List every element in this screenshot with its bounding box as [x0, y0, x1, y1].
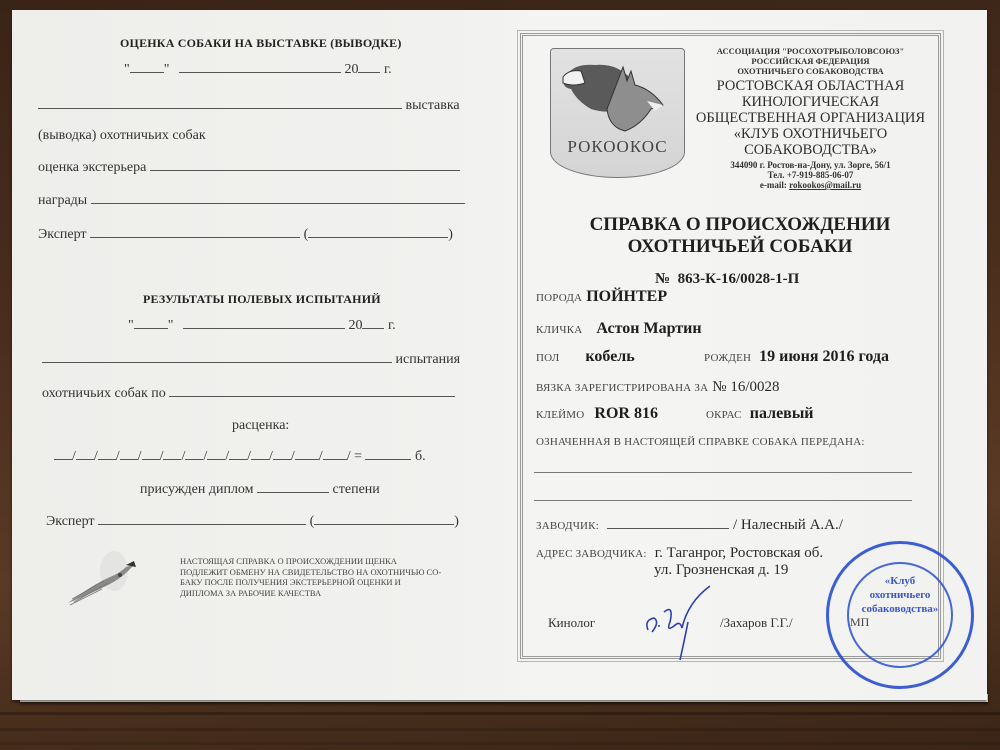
breeder-row: ЗАВОДЧИК: / Налесный А.А./ — [536, 516, 843, 534]
org-phone: Тел. +7-919-885-06-07 — [688, 170, 933, 180]
name-label: КЛИЧКА — [536, 324, 582, 336]
notice-line: БАКУ ПОСЛЕ ПОЛУЧЕНИЯ ЭКСТЕРЬЕРНОЙ ОЦЕНКИ… — [180, 577, 441, 588]
score-cell[interactable] — [54, 459, 72, 460]
score-cell[interactable] — [251, 459, 269, 460]
sex-value: кобель — [585, 348, 634, 365]
org-name-line: СОБАКОВОДСТВА» — [688, 142, 933, 158]
score-separator: / — [291, 449, 295, 464]
month-field[interactable] — [183, 328, 345, 329]
brand-value: ROR 816 — [594, 405, 658, 422]
stamp-line: «Клуб — [829, 574, 971, 588]
breeder-address-label: АДРЕС ЗАВОДЧИКА: — [536, 548, 647, 560]
score-separator: / — [138, 449, 142, 464]
mating-row: ВЯЗКА ЗАРЕГИСТРИРОВАНА ЗА № 16/0028 — [536, 378, 780, 396]
cynologist-label: Кинолог — [548, 615, 595, 631]
month-field[interactable] — [179, 72, 341, 73]
total-score-field[interactable] — [365, 459, 411, 460]
wood-texture — [0, 742, 1000, 745]
certificate-title: СПРАВКА О ПРОИСХОЖДЕНИИ ОХОТНИЧЬЕЙ СОБАК… — [560, 214, 920, 258]
breeder-label: ЗАВОДЧИК: — [536, 520, 599, 532]
score-separator: / — [72, 449, 76, 464]
dogs-logo-icon — [551, 49, 684, 149]
year-field[interactable] — [362, 328, 384, 329]
year-suffix: г. — [384, 62, 392, 77]
trial-dogs-line: охотничьих собак по — [42, 386, 455, 402]
org-email-line: e-mail: rokookos@mail.ru — [688, 180, 933, 190]
notice-line: ПОДЛЕЖИТ ОБМЕНУ НА СВИДЕТЕЛЬСТВО НА ОХОТ… — [180, 567, 441, 578]
year-prefix: 20 — [348, 318, 362, 333]
year-suffix: г. — [388, 318, 396, 333]
score-cell[interactable] — [142, 459, 160, 460]
exterior-field[interactable] — [150, 170, 460, 171]
score-separator: / — [347, 449, 351, 464]
color-row: ОКРАС палевый — [706, 405, 814, 423]
rating-label: расценка: — [232, 418, 289, 434]
show-section-title: ОЦЕНКА СОБАКИ НА ВЫСТАВКЕ (ВЫВОДКЕ) — [120, 36, 402, 51]
transfer-label: ОЗНАЧЕННАЯ В НАСТОЯЩЕЙ СПРАВКЕ СОБАКА ПЕ… — [536, 436, 865, 448]
wood-texture — [0, 712, 1000, 715]
diploma-label: присужден диплом — [140, 482, 254, 497]
score-separator: / — [247, 449, 251, 464]
org-field: ОХОТНИЧЬЕГО СОБАКОВОДСТВА — [688, 66, 933, 76]
wood-texture — [0, 728, 1000, 731]
awards-line: награды — [38, 193, 465, 209]
title-line: ОХОТНИЧЬЕЙ СОБАКИ — [560, 236, 920, 258]
notice-line: ДИПЛОМА ЗА РАБОЧИЕ КАЧЕСТВА — [180, 588, 441, 599]
stamp-line: охотничьего — [829, 588, 971, 602]
brand-row: КЛЕЙМО ROR 816 — [536, 405, 658, 423]
org-association: АССОЦИАЦИЯ "РОСОХОТРЫБОЛОВСОЮЗ" — [688, 46, 933, 56]
club-logo: РОКООКОС — [550, 48, 685, 178]
org-name-line: РОСТОВСКАЯ ОБЛАСТНАЯ — [688, 78, 933, 94]
stamp-text: «Клуб охотничьего собаководства» — [829, 574, 971, 616]
paren: ( — [304, 227, 309, 242]
quote: " — [124, 62, 130, 77]
day-field[interactable] — [130, 72, 164, 73]
expert-signature-field[interactable] — [90, 237, 300, 238]
notice-line: НАСТОЯЩАЯ СПРАВКА О ПРОИСХОЖДЕНИИ ЩЕНКА — [180, 556, 441, 567]
name-row: КЛИЧКА Астон Мартин — [536, 320, 702, 338]
paren: ( — [310, 514, 315, 529]
score-cell[interactable] — [120, 459, 138, 460]
score-unit: б. — [415, 449, 426, 464]
trial-name-line: испытания — [42, 352, 460, 368]
mating-number: № 16/0028 — [712, 379, 779, 395]
breed-row: ПОРОДА ПОЙНТЕР — [536, 288, 667, 306]
breeder-name: / Налесный А.А./ — [733, 517, 843, 533]
score-cell[interactable] — [98, 459, 116, 460]
score-cell[interactable] — [295, 459, 319, 460]
diploma-line: присужден диплом степени — [140, 482, 380, 498]
diploma-suffix: степени — [333, 482, 380, 497]
score-separator: / — [116, 449, 120, 464]
score-cells: ///////////// — [54, 449, 351, 464]
trial-dogs-label: охотничьих собак по — [42, 386, 166, 401]
quote: " — [128, 318, 134, 333]
pheasant-icon — [64, 545, 154, 615]
quote: " — [168, 318, 174, 333]
org-name-line: КИНОЛОГИЧЕСКАЯ — [688, 94, 933, 110]
expert-label: Эксперт — [38, 227, 87, 242]
breeder-address-line1: г. Таганрог, Ростовская об. — [655, 545, 823, 561]
org-email-link[interactable]: rokookos@mail.ru — [789, 180, 861, 190]
score-line: ///////////// = б. — [54, 449, 426, 465]
breeder-address-row: АДРЕС ЗАВОДЧИКА: г. Таганрог, Ростовская… — [536, 544, 823, 562]
trial-suffix: испытания — [396, 352, 461, 367]
born-label: РОЖДЕН — [704, 352, 751, 364]
mating-label: ВЯЗКА ЗАРЕГИСТРИРОВАНА ЗА — [536, 382, 708, 394]
exchange-notice: НАСТОЯЩАЯ СПРАВКА О ПРОИСХОЖДЕНИИ ЩЕНКА … — [180, 556, 441, 598]
score-separator: / — [160, 449, 164, 464]
diploma-degree-field[interactable] — [257, 492, 329, 493]
stamp-line: собаководства» — [829, 602, 971, 616]
sex-row: ПОЛ кобель — [536, 348, 635, 366]
logo-text: РОКООКОС — [551, 137, 684, 157]
score-cell[interactable] — [323, 459, 347, 460]
color-value: палевый — [750, 405, 814, 422]
show-expert-line: Эксперт () — [38, 227, 453, 243]
certificate-number: № 863-К-16/0028-1-П — [655, 271, 799, 288]
score-separator: / — [269, 449, 273, 464]
awards-field[interactable] — [91, 203, 465, 204]
score-cell[interactable] — [207, 459, 225, 460]
day-field[interactable] — [134, 328, 168, 329]
title-line: СПРАВКА О ПРОИСХОЖДЕНИИ — [560, 214, 920, 236]
number-value: 863-К-16/0028-1-П — [678, 271, 800, 287]
score-cell[interactable] — [163, 459, 181, 460]
show-name-field[interactable] — [38, 108, 402, 109]
exterior-label: оценка экстерьера — [38, 160, 146, 175]
sex-label: ПОЛ — [536, 352, 559, 364]
equals-sign: = — [354, 449, 362, 464]
org-name-line: ОБЩЕСТВЕННАЯ ОРГАНИЗАЦИЯ — [688, 110, 933, 126]
breeder-address-line2: ул. Грозненская д. 19 — [654, 562, 788, 579]
score-cell[interactable] — [185, 459, 203, 460]
club-stamp: «Клуб охотничьего собаководства» — [826, 541, 974, 689]
brand-label: КЛЕЙМО — [536, 409, 584, 421]
score-separator: / — [94, 449, 98, 464]
score-cell[interactable] — [273, 459, 291, 460]
paren: ) — [454, 514, 459, 529]
name-value: Астон Мартин — [596, 320, 701, 337]
score-cell[interactable] — [76, 459, 94, 460]
expert-label: Эксперт — [46, 514, 95, 529]
score-separator: / — [319, 449, 323, 464]
awards-label: награды — [38, 193, 87, 208]
show-line3: (выводка) охотничьих собак — [38, 128, 206, 144]
score-separator: / — [181, 449, 185, 464]
number-label: № — [655, 271, 670, 287]
org-name-line: «КЛУБ ОХОТНИЧЬЕГО — [688, 126, 933, 142]
field-expert-line: Эксперт () — [46, 514, 459, 530]
email-label: e-mail: — [760, 180, 787, 190]
show-date-line: "" 20 г. — [124, 62, 392, 78]
born-row: РОЖДЕН 19 июня 2016 года — [704, 348, 889, 366]
trial-dogs-field[interactable] — [169, 396, 455, 397]
year-field[interactable] — [358, 72, 380, 73]
paren: ) — [448, 227, 453, 242]
field-section-title: РЕЗУЛЬТАТЫ ПОЛЕВЫХ ИСПЫТАНИЙ — [143, 292, 381, 307]
transfer-field-2[interactable] — [534, 500, 912, 501]
org-country: РОССИЙСКАЯ ФЕДЕРАЦИЯ — [688, 56, 933, 66]
breed-label: ПОРОДА — [536, 292, 582, 304]
trial-name-field[interactable] — [42, 362, 392, 363]
score-cell[interactable] — [229, 459, 247, 460]
exterior-line: оценка экстерьера — [38, 160, 460, 176]
signature-icon — [640, 582, 730, 662]
born-value: 19 июня 2016 года — [759, 348, 889, 365]
cynologist-name: /Захаров Г.Г./ — [720, 615, 793, 631]
org-header: АССОЦИАЦИЯ "РОСОХОТРЫБОЛОВСОЮЗ" РОССИЙСК… — [688, 46, 933, 190]
breeder-signature-field[interactable] — [607, 528, 729, 529]
org-address: 344090 г. Ростов-на-Дону, ул. Зорге, 56/… — [688, 160, 933, 170]
breed-value: ПОЙНТЕР — [586, 288, 667, 305]
show-suffix: выставка — [406, 98, 460, 113]
score-separator: / — [203, 449, 207, 464]
show-name-line: выставка — [38, 98, 460, 114]
transfer-field-1[interactable] — [534, 472, 912, 473]
expert-name-field[interactable] — [308, 237, 448, 238]
field-date-line: "" 20 г. — [128, 318, 396, 334]
year-prefix: 20 — [344, 62, 358, 77]
score-separator: / — [225, 449, 229, 464]
color-label: ОКРАС — [706, 409, 742, 421]
quote: " — [164, 62, 170, 77]
expert-signature-field[interactable] — [98, 524, 306, 525]
expert-name-field[interactable] — [314, 524, 454, 525]
